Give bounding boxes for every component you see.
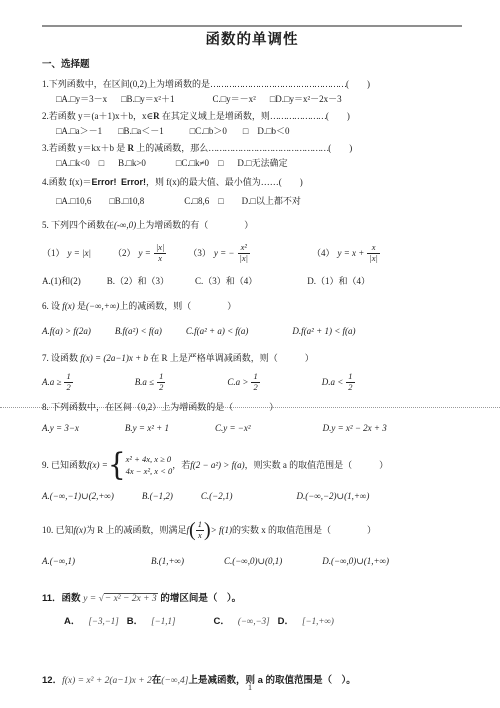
left-paren-glyph: (	[189, 521, 196, 539]
question-4-options: □A.□10,6 □B.□10,8 C.□8,6 □ D.□以上都不对	[56, 195, 462, 208]
question-9-text-3: ，则实数 a 的取值范围是（ ）	[245, 459, 389, 472]
question-3-text: 3.若函数 y＝kx＋b 是	[42, 143, 128, 153]
option-c: C.y = −x²	[215, 422, 251, 435]
inequality-math: f(2 − a²) > f(a)	[190, 459, 244, 472]
fraction: 12	[251, 372, 259, 393]
question-10-options: A.(−∞,1) B.(1,+∞) C.(−∞,0)∪(0,1) D.(−∞,0…	[42, 555, 462, 568]
question-7-text-2: 在 R 上是严格单调减函数，则（ ）	[148, 353, 314, 363]
question-3-options: □A.□k<0 □ B.□k>0 □C.□k≠0 □ D.□无法确定	[56, 157, 462, 170]
denominator: x	[196, 530, 204, 541]
formula-2-math: y =	[139, 247, 151, 260]
formula-1: （1）y = |x|	[42, 247, 91, 260]
formula-4-label: （4）	[312, 247, 335, 260]
option-b: □B.□y＝x²＋1	[121, 93, 174, 106]
brace-glyph: {	[108, 450, 126, 481]
option-b: B.y = x² + 1	[125, 422, 169, 435]
question-2-text-2: 在其定义域上是增函数，则	[160, 111, 270, 121]
question-1: 1.下列函数中，在区间(0,2)上为增函数的是………………………………………………	[42, 78, 462, 106]
formula-1-math: y = |x|	[68, 247, 92, 260]
question-10-text: 10. 已知	[42, 524, 74, 537]
option-b-label: B．	[127, 615, 143, 628]
question-2-stem: 2.若函数 y＝(a＋1)x＋b，x∈R 在其定义域上是增函数，则……………………	[42, 110, 462, 123]
question-6-text: 6. 设	[42, 301, 62, 311]
option-b: B.(−1,2)	[142, 490, 173, 503]
question-7: 7. 设函数 f(x) = (2a−1)x + b 在 R 上是严格单调减函数，…	[42, 352, 462, 395]
option-d: D.y = x² − 2x + 3	[323, 422, 387, 435]
question-5-stem: 5. 下列四个函数在(-∞,0)上为增函数的有（ ）	[42, 219, 462, 232]
denominator: |x|	[238, 253, 250, 264]
option-a-label: A．	[64, 615, 80, 628]
numerator: x	[367, 243, 379, 253]
option-b-value: [−1,1]	[151, 615, 175, 628]
question-6-text-3: 上的减函数，则（ ）	[119, 301, 236, 311]
question-9-text: 9. 已知函数	[42, 459, 87, 472]
question-9-stem: 9. 已知函数 f(x) ={x² + 4x, x ≥ 04x − x², x …	[42, 448, 462, 482]
option-d: □ D.□b＜0	[243, 125, 290, 138]
option-d: D.□以上都不对	[242, 195, 301, 208]
option-b: B.（2）和（3）	[107, 275, 169, 288]
question-9: 9. 已知函数 f(x) ={x² + 4x, x ≥ 04x − x², x …	[42, 448, 462, 503]
page-title: 函数的单调性	[42, 30, 462, 50]
option-d: D.（1）和（4）	[307, 275, 370, 288]
right-paren-glyph: )	[204, 521, 211, 539]
option-c: □C.□k≠0 □	[176, 157, 224, 170]
question-4-stem: 4.函数 f(x)＝Error! Error!，则 f(x)的最大值、最小值为……	[42, 176, 462, 189]
option-a-value: [−3,−1]	[88, 615, 118, 628]
denominator: x	[154, 253, 166, 264]
option-b: B.f(a²) < f(a)	[115, 325, 162, 338]
option-b: □B.□a＜－1	[118, 125, 164, 138]
formula-4: （4）y = x +x|x|	[312, 243, 380, 264]
piecewise-row-2: 4x − x², x < 0	[126, 466, 173, 477]
option-d-text: D.a <	[322, 376, 344, 389]
answer-blank: ( )	[326, 111, 350, 121]
question-5-formulas: （1）y = |x| （2）y =|x|x （3）y = −x²|x| （4）y…	[42, 236, 462, 270]
formula-3: （3）y = −x²|x|	[188, 243, 250, 264]
question-10-text-3: 的实数 x 的取值范围是（ ）	[232, 524, 376, 537]
question-10-stem: 10. 已知 f(x) 为 R 上的减函数，则满足 f(1x) > f(1)的实…	[42, 517, 462, 543]
dot-leader: ……………………………………………	[210, 79, 346, 89]
option-b: B.(1,+∞)	[151, 555, 184, 568]
question-8: 8. 下列函数中，在区间（0,2）上为增函数的是（ ） A.y = 3−x B.…	[42, 401, 462, 435]
function-math: f(x)	[62, 301, 75, 311]
denominator: 2	[64, 382, 72, 393]
option-b: □B.□10,8	[109, 195, 144, 208]
formula-3-math: y = −	[214, 247, 235, 260]
denominator: 2	[157, 382, 165, 393]
interval-math: (−∞,+∞)	[86, 301, 119, 311]
numerator: 1	[251, 372, 259, 382]
fraction: x|x|	[367, 243, 379, 264]
question-3-stem: 3.若函数 y＝kx＋b 是 R 上的减函数，那么…………………………………………	[42, 142, 462, 155]
question-11-text-2: 的增区间是（ ）。	[158, 593, 241, 604]
question-7-stem: 7. 设函数 f(x) = (2a−1)x + b 在 R 上是严格单调减函数，…	[42, 352, 462, 365]
question-10: 10. 已知 f(x) 为 R 上的减函数，则满足 f(1x) > f(1)的实…	[42, 517, 462, 568]
option-c: C.（3）和（4）	[195, 275, 257, 288]
question-4-text: 4.函数 f(x)＝	[42, 177, 92, 187]
square-root: y = √− x² − 2x + 3	[83, 593, 158, 604]
option-a: A.a ≥12	[42, 372, 73, 393]
numerator: |x|	[154, 243, 166, 253]
question-8-stem: 8. 下列函数中，在区间（0,2）上为增函数的是（ ）	[42, 401, 462, 414]
option-a: □A.□y＝3－x	[56, 93, 107, 106]
formula-2-label: （2）	[113, 247, 136, 260]
question-2-text: 2.若函数 y＝(a＋1)x＋b，x∈	[42, 111, 153, 121]
question-6: 6. 设 f(x) 是(−∞,+∞)上的减函数，则（ ） A.f(a) > f(…	[42, 300, 462, 338]
option-d: D.□无法确定	[237, 157, 287, 170]
option-d: D.f(a² + 1) < f(a)	[292, 325, 355, 338]
question-11-stem: 11．函数 y = √− x² − 2x + 3 的增区间是（ ）。	[42, 592, 462, 606]
interval-math: (-∞,0)	[114, 220, 136, 230]
option-c-value: (−∞,−3]	[238, 615, 270, 628]
question-8-text: 8. 下列函数中，在区间（0,2）上为增函数的是（ ）	[42, 402, 278, 412]
question-2-options: □A.□a＞－1 □B.□a＜－1 □C.□b＞0 □ D.□b＜0	[56, 125, 462, 138]
radicand: − x² − 2x + 3	[104, 593, 158, 604]
question-6-options: A.f(a) > f(2a) B.f(a²) < f(a) C.f(a² + a…	[42, 325, 462, 338]
question-3: 3.若函数 y＝kx＋b 是 R 上的减函数，那么…………………………………………	[42, 142, 462, 170]
function-math: f(x)	[74, 524, 87, 537]
page-number: 1	[0, 681, 500, 694]
worksheet-page: 函数的单调性 一、选择题 1.下列函数中，在区间(0,2)上为增函数的是……………	[0, 0, 500, 708]
error-field-2: Error!	[121, 177, 146, 187]
formula-1-label: （1）	[42, 247, 65, 260]
fraction: |x|x	[154, 243, 166, 264]
section-heading: 一、选择题	[42, 59, 462, 72]
option-a: A.(−∞,−1)∪(2,+∞)	[42, 490, 114, 503]
formula-3-label: （3）	[188, 247, 211, 260]
title-rule	[42, 25, 462, 27]
option-d: D.(−∞,0)∪(1,+∞)	[322, 555, 389, 568]
piecewise-function: {x² + 4x, x ≥ 04x − x², x < 0	[108, 451, 172, 479]
question-11: 11．函数 y = √− x² − 2x + 3 的增区间是（ ）。 A． [−…	[42, 592, 462, 628]
fraction: 12	[346, 372, 354, 393]
question-6-stem: 6. 设 f(x) 是(−∞,+∞)上的减函数，则（ ）	[42, 300, 462, 313]
formula-4-math: y = x +	[337, 247, 364, 260]
question-6-text-2: 是	[75, 301, 86, 311]
error-field-1: Error!	[92, 177, 117, 187]
option-b: B.a ≤12	[135, 372, 166, 393]
numerator: x²	[238, 243, 250, 253]
option-c: C.(−2,1)	[201, 490, 233, 503]
piecewise-rows: x² + 4x, x ≥ 04x − x², x < 0	[126, 454, 173, 477]
question-5-options: A.(1)和(2) B.（2）和（3） C.（3）和（4） D.（1）和（4）	[42, 275, 462, 288]
answer-blank: ( )	[346, 79, 370, 89]
question-5-text-2: 上为增函数的有（ ）	[136, 220, 253, 230]
question-10-text-2: 为 R 上的减函数，则满足	[86, 524, 187, 537]
denominator: 2	[251, 382, 259, 393]
denominator: 2	[346, 382, 354, 393]
question-9-options: A.(−∞,−1)∪(2,+∞) B.(−1,2) C.(−2,1) D.(−∞…	[42, 490, 462, 503]
option-d: D.a <12	[322, 372, 355, 393]
numerator: 1	[196, 520, 204, 530]
question-5-text: 5. 下列四个函数在	[42, 220, 114, 230]
question-2: 2.若函数 y＝(a＋1)x＋b，x∈R 在其定义域上是增函数，则……………………	[42, 110, 462, 138]
denominator: |x|	[367, 253, 379, 264]
function-math: f(x) = (2a−1)x + b	[80, 353, 148, 363]
fraction: 1x	[196, 520, 204, 541]
piecewise-row-1: x² + 4x, x ≥ 0	[126, 454, 173, 465]
fraction: 12	[157, 372, 165, 393]
option-d: D.(−∞,−2)∪(1,+∞)	[297, 490, 370, 503]
question-3-text-2: 上的减函数，那么	[134, 143, 208, 153]
formula-2: （2）y =|x|x	[113, 243, 166, 264]
option-a: A.(1)和(2)	[42, 275, 81, 288]
option-d-value: [−1,+∞)	[302, 615, 334, 628]
question-8-options: A.y = 3−x B.y = x² + 1 C.y = −x² D.y = x…	[42, 422, 462, 435]
fraction: 12	[64, 372, 72, 393]
numerator: 1	[64, 372, 72, 382]
option-c: C.f(a² + a) < f(a)	[186, 325, 249, 338]
option-c: □C.□b＞0	[190, 125, 227, 138]
inequality-math: > f(1)	[211, 524, 232, 537]
dot-leader: ………………………………………	[208, 143, 328, 153]
option-a: □A.□10,6	[56, 195, 91, 208]
option-a: A.y = 3−x	[42, 422, 79, 435]
question-11-text: 11．函数	[42, 593, 83, 604]
numerator: 1	[346, 372, 354, 382]
question-9-text-2: ，若	[172, 459, 190, 472]
question-1-text: 1.下列函数中，在区间(0,2)上为增函数的是	[42, 79, 210, 89]
option-b: B.□k>0	[118, 157, 146, 170]
option-a: □A.□a＞－1	[56, 125, 102, 138]
question-1-options: □A.□y＝3－x □B.□y＝x²＋1 C.□y＝－x² □D.□y＝x²－2…	[56, 93, 462, 106]
option-a-text: A.a ≥	[42, 376, 61, 389]
option-c: C.(−∞,0)∪(0,1)	[224, 555, 282, 568]
question-7-options: A.a ≥12 B.a ≤12 C.a >12 D.a <12	[42, 369, 462, 395]
answer-blank: ( )	[328, 143, 352, 153]
sqrt-formula: y = √− x² − 2x + 3	[83, 593, 158, 604]
option-a: A.f(a) > f(2a)	[42, 325, 91, 338]
dot-leader: …………………	[270, 111, 326, 121]
question-11-options: A． [−3,−1] B． [−1,1] C． (−∞,−3] D． [−1,+…	[64, 615, 462, 628]
question-1-stem: 1.下列函数中，在区间(0,2)上为增函数的是………………………………………………	[42, 78, 462, 91]
option-c: C.a >12	[227, 372, 259, 393]
option-c-label: C．	[213, 615, 229, 628]
question-7-text: 7. 设函数	[42, 353, 80, 363]
question-4: 4.函数 f(x)＝Error! Error!，则 f(x)的最大值、最小值为……	[42, 176, 462, 208]
question-5: 5. 下列四个函数在(-∞,0)上为增函数的有（ ） （1）y = |x| （2…	[42, 219, 462, 288]
radical-sign: √	[99, 594, 104, 604]
option-b-text: B.a ≤	[135, 376, 154, 389]
option-d: □D.□y＝x²－2x－3	[270, 93, 342, 106]
option-c-text: C.a >	[227, 376, 248, 389]
option-a: A.(−∞,1)	[42, 555, 75, 568]
option-c: C.□y＝－x²	[212, 93, 255, 106]
fraction: x²|x|	[238, 243, 250, 264]
numerator: 1	[157, 372, 165, 382]
question-4-text-2: ，则 f(x)的最大值、最小值为……( )	[146, 177, 303, 187]
option-a: □A.□k<0 □	[56, 157, 104, 170]
option-c: C.□8,6 □	[184, 195, 223, 208]
function-math: f(x) =	[87, 459, 108, 472]
formula-lhs: y =	[83, 594, 98, 604]
option-d-label: D．	[278, 615, 294, 628]
